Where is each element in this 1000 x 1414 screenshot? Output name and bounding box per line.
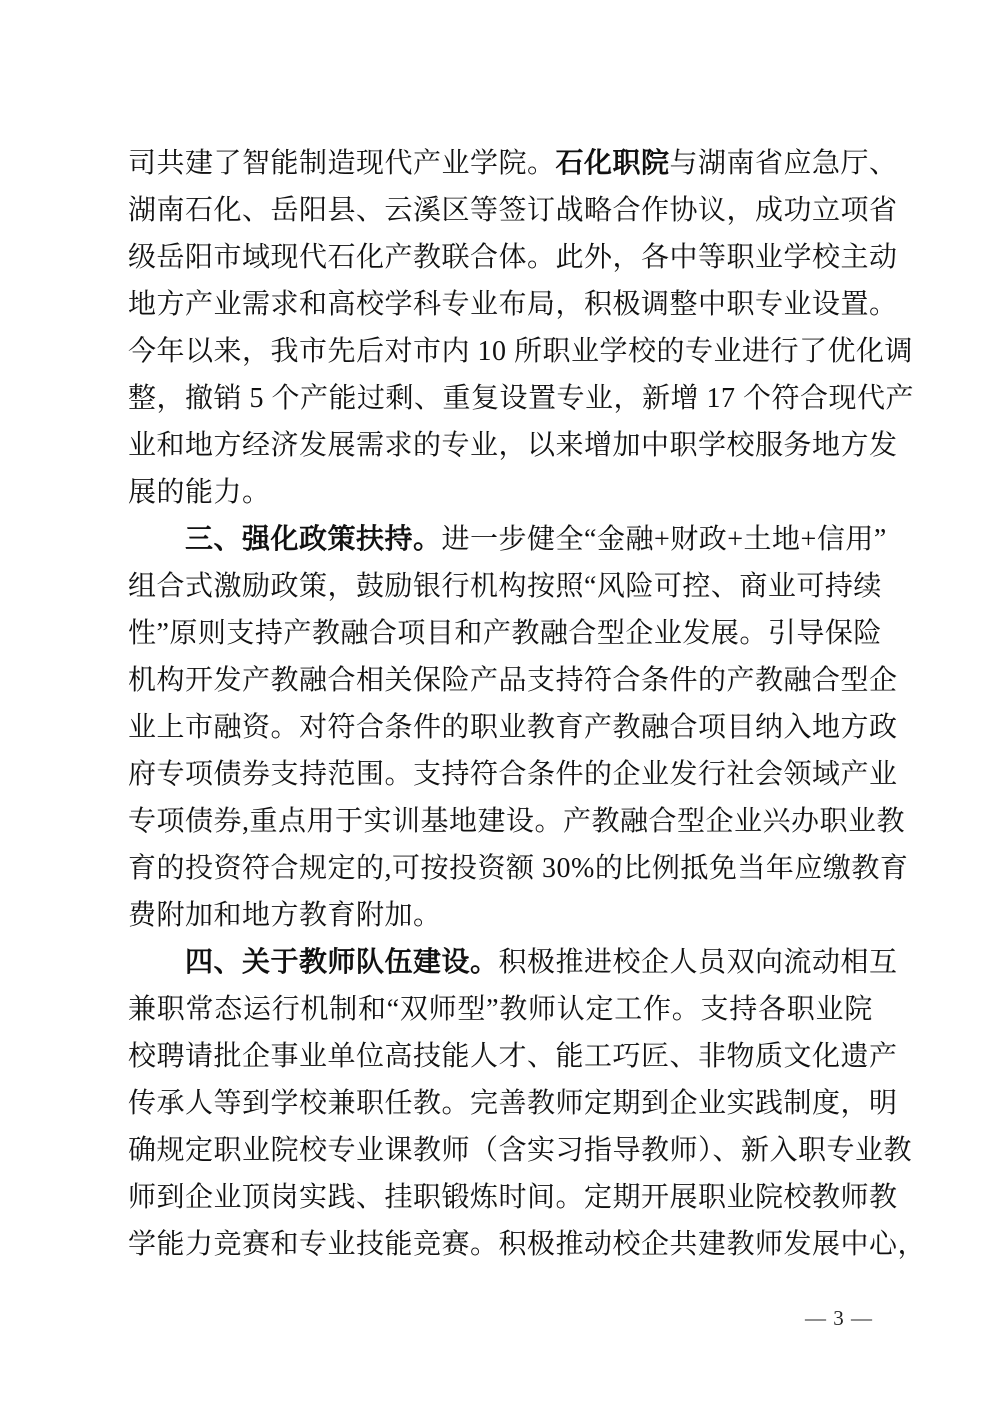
text-line-4: 地方产业需求和高校学科专业布局，积极调整中职专业设置。 bbox=[128, 281, 873, 328]
bold-text-segment: 三、强化政策扶持。 bbox=[185, 524, 442, 555]
text-line-2: 湖南石化、岳阳县、云溪区等签订战略合作协议，成功立项省 bbox=[128, 187, 873, 234]
text-line-9: 三、强化政策扶持。进一步健全“金融+财政+土地+信用” bbox=[128, 516, 873, 563]
text-segment: 业和地方经济发展需求的专业，以来增加中职学校服务地方发 bbox=[128, 430, 898, 461]
text-line-17: 费附加和地方教育附加。 bbox=[128, 892, 873, 939]
text-line-22: 确规定职业院校专业课教师（含实习指导教师）、新入职专业教 bbox=[128, 1127, 873, 1174]
text-segment: 学能力竞赛和专业技能竞赛。积极推动校企共建教师发展中心， bbox=[128, 1229, 926, 1260]
page-footer: — 3 — bbox=[128, 1303, 873, 1333]
text-segment: 湖南石化、岳阳县、云溪区等签订战略合作协议，成功立项省 bbox=[128, 195, 898, 226]
text-line-8: 展的能力。 bbox=[128, 469, 873, 516]
text-line-14: 府专项债券支持范围。支持符合条件的企业发行社会领域产业 bbox=[128, 751, 873, 798]
text-line-23: 师到企业顶岗实践、挂职锻炼时间。定期开展职业院校教师教 bbox=[128, 1174, 873, 1221]
text-segment: 校聘请批企事业单位高技能人才、能工巧匠、非物质文化遗产 bbox=[128, 1041, 898, 1072]
text-segment: 展的能力。 bbox=[128, 477, 271, 508]
text-segment: 司共建了智能制造现代产业学院。 bbox=[128, 148, 556, 179]
text-segment: 组合式激励政策，鼓励银行机构按照“风险可控、商业可持续 bbox=[128, 571, 882, 602]
text-segment: 机构开发产教融合相关保险产品支持符合条件的产教融合型企 bbox=[128, 665, 898, 696]
text-line-10: 组合式激励政策，鼓励银行机构按照“风险可控、商业可持续 bbox=[128, 563, 873, 610]
document-page: 司共建了智能制造现代产业学院。石化职院与湖南省应急厅、湖南石化、岳阳县、云溪区等… bbox=[0, 0, 1000, 1414]
text-segment: 进一步健全“金融+财政+土地+信用” bbox=[442, 524, 887, 555]
text-segment: 整，撤销 5 个产能过剩、重复设置专业，新增 17 个符合现代产 bbox=[128, 383, 914, 414]
text-segment: 性”原则支持产教融合项目和产教融合型企业发展。引导保险 bbox=[128, 618, 882, 649]
text-segment: 育的投资符合规定的,可按投资额 30%的比例抵免当年应缴教育 bbox=[128, 853, 908, 884]
text-segment: 专项债券,重点用于实训基地建设。产教融合型企业兴办职业教 bbox=[128, 806, 905, 837]
text-segment: 与湖南省应急厅、 bbox=[670, 148, 898, 179]
text-line-13: 业上市融资。对符合条件的职业教育产教融合项目纳入地方政 bbox=[128, 704, 873, 751]
text-segment: 师到企业顶岗实践、挂职锻炼时间。定期开展职业院校教师教 bbox=[128, 1182, 898, 1213]
text-line-12: 机构开发产教融合相关保险产品支持符合条件的产教融合型企 bbox=[128, 657, 873, 704]
text-line-3: 级岳阳市域现代石化产教联合体。此外，各中等职业学校主动 bbox=[128, 234, 873, 281]
text-segment: 费附加和地方教育附加。 bbox=[128, 900, 442, 931]
text-segment: 确规定职业院校专业课教师（含实习指导教师）、新入职专业教 bbox=[128, 1135, 912, 1166]
text-line-20: 校聘请批企事业单位高技能人才、能工巧匠、非物质文化遗产 bbox=[128, 1033, 873, 1080]
text-line-1: 司共建了智能制造现代产业学院。石化职院与湖南省应急厅、 bbox=[128, 140, 873, 187]
text-segment: 地方产业需求和高校学科专业布局，积极调整中职专业设置。 bbox=[128, 289, 898, 320]
bold-text-segment: 石化职院 bbox=[556, 148, 670, 179]
text-segment: 业上市融资。对符合条件的职业教育产教融合项目纳入地方政 bbox=[128, 712, 898, 743]
text-line-21: 传承人等到学校兼职任教。完善教师定期到企业实践制度，明 bbox=[128, 1080, 873, 1127]
text-segment: 积极推进校企人员双向流动相互 bbox=[499, 947, 898, 978]
text-segment: 级岳阳市域现代石化产教联合体。此外，各中等职业学校主动 bbox=[128, 242, 898, 273]
page-number: — 3 — bbox=[805, 1306, 873, 1330]
text-line-11: 性”原则支持产教融合项目和产教融合型企业发展。引导保险 bbox=[128, 610, 873, 657]
text-line-7: 业和地方经济发展需求的专业，以来增加中职学校服务地方发 bbox=[128, 422, 873, 469]
text-line-5: 今年以来，我市先后对市内 10 所职业学校的专业进行了优化调 bbox=[128, 328, 873, 375]
text-line-15: 专项债券,重点用于实训基地建设。产教融合型企业兴办职业教 bbox=[128, 798, 873, 845]
text-line-18: 四、关于教师队伍建设。积极推进校企人员双向流动相互 bbox=[128, 939, 873, 986]
text-line-16: 育的投资符合规定的,可按投资额 30%的比例抵免当年应缴教育 bbox=[128, 845, 873, 892]
text-segment: 府专项债券支持范围。支持符合条件的企业发行社会领域产业 bbox=[128, 759, 898, 790]
text-line-6: 整，撤销 5 个产能过剩、重复设置专业，新增 17 个符合现代产 bbox=[128, 375, 873, 422]
text-segment: 今年以来，我市先后对市内 10 所职业学校的专业进行了优化调 bbox=[128, 336, 913, 367]
bold-text-segment: 四、关于教师队伍建设。 bbox=[185, 947, 499, 978]
document-body: 司共建了智能制造现代产业学院。石化职院与湖南省应急厅、湖南石化、岳阳县、云溪区等… bbox=[128, 140, 873, 1268]
text-segment: 传承人等到学校兼职任教。完善教师定期到企业实践制度，明 bbox=[128, 1088, 898, 1119]
text-line-24: 学能力竞赛和专业技能竞赛。积极推动校企共建教师发展中心， bbox=[128, 1221, 873, 1268]
text-segment: 兼职常态运行机制和“双师型”教师认定工作。支持各职业院 bbox=[128, 994, 873, 1025]
text-line-19: 兼职常态运行机制和“双师型”教师认定工作。支持各职业院 bbox=[128, 986, 873, 1033]
